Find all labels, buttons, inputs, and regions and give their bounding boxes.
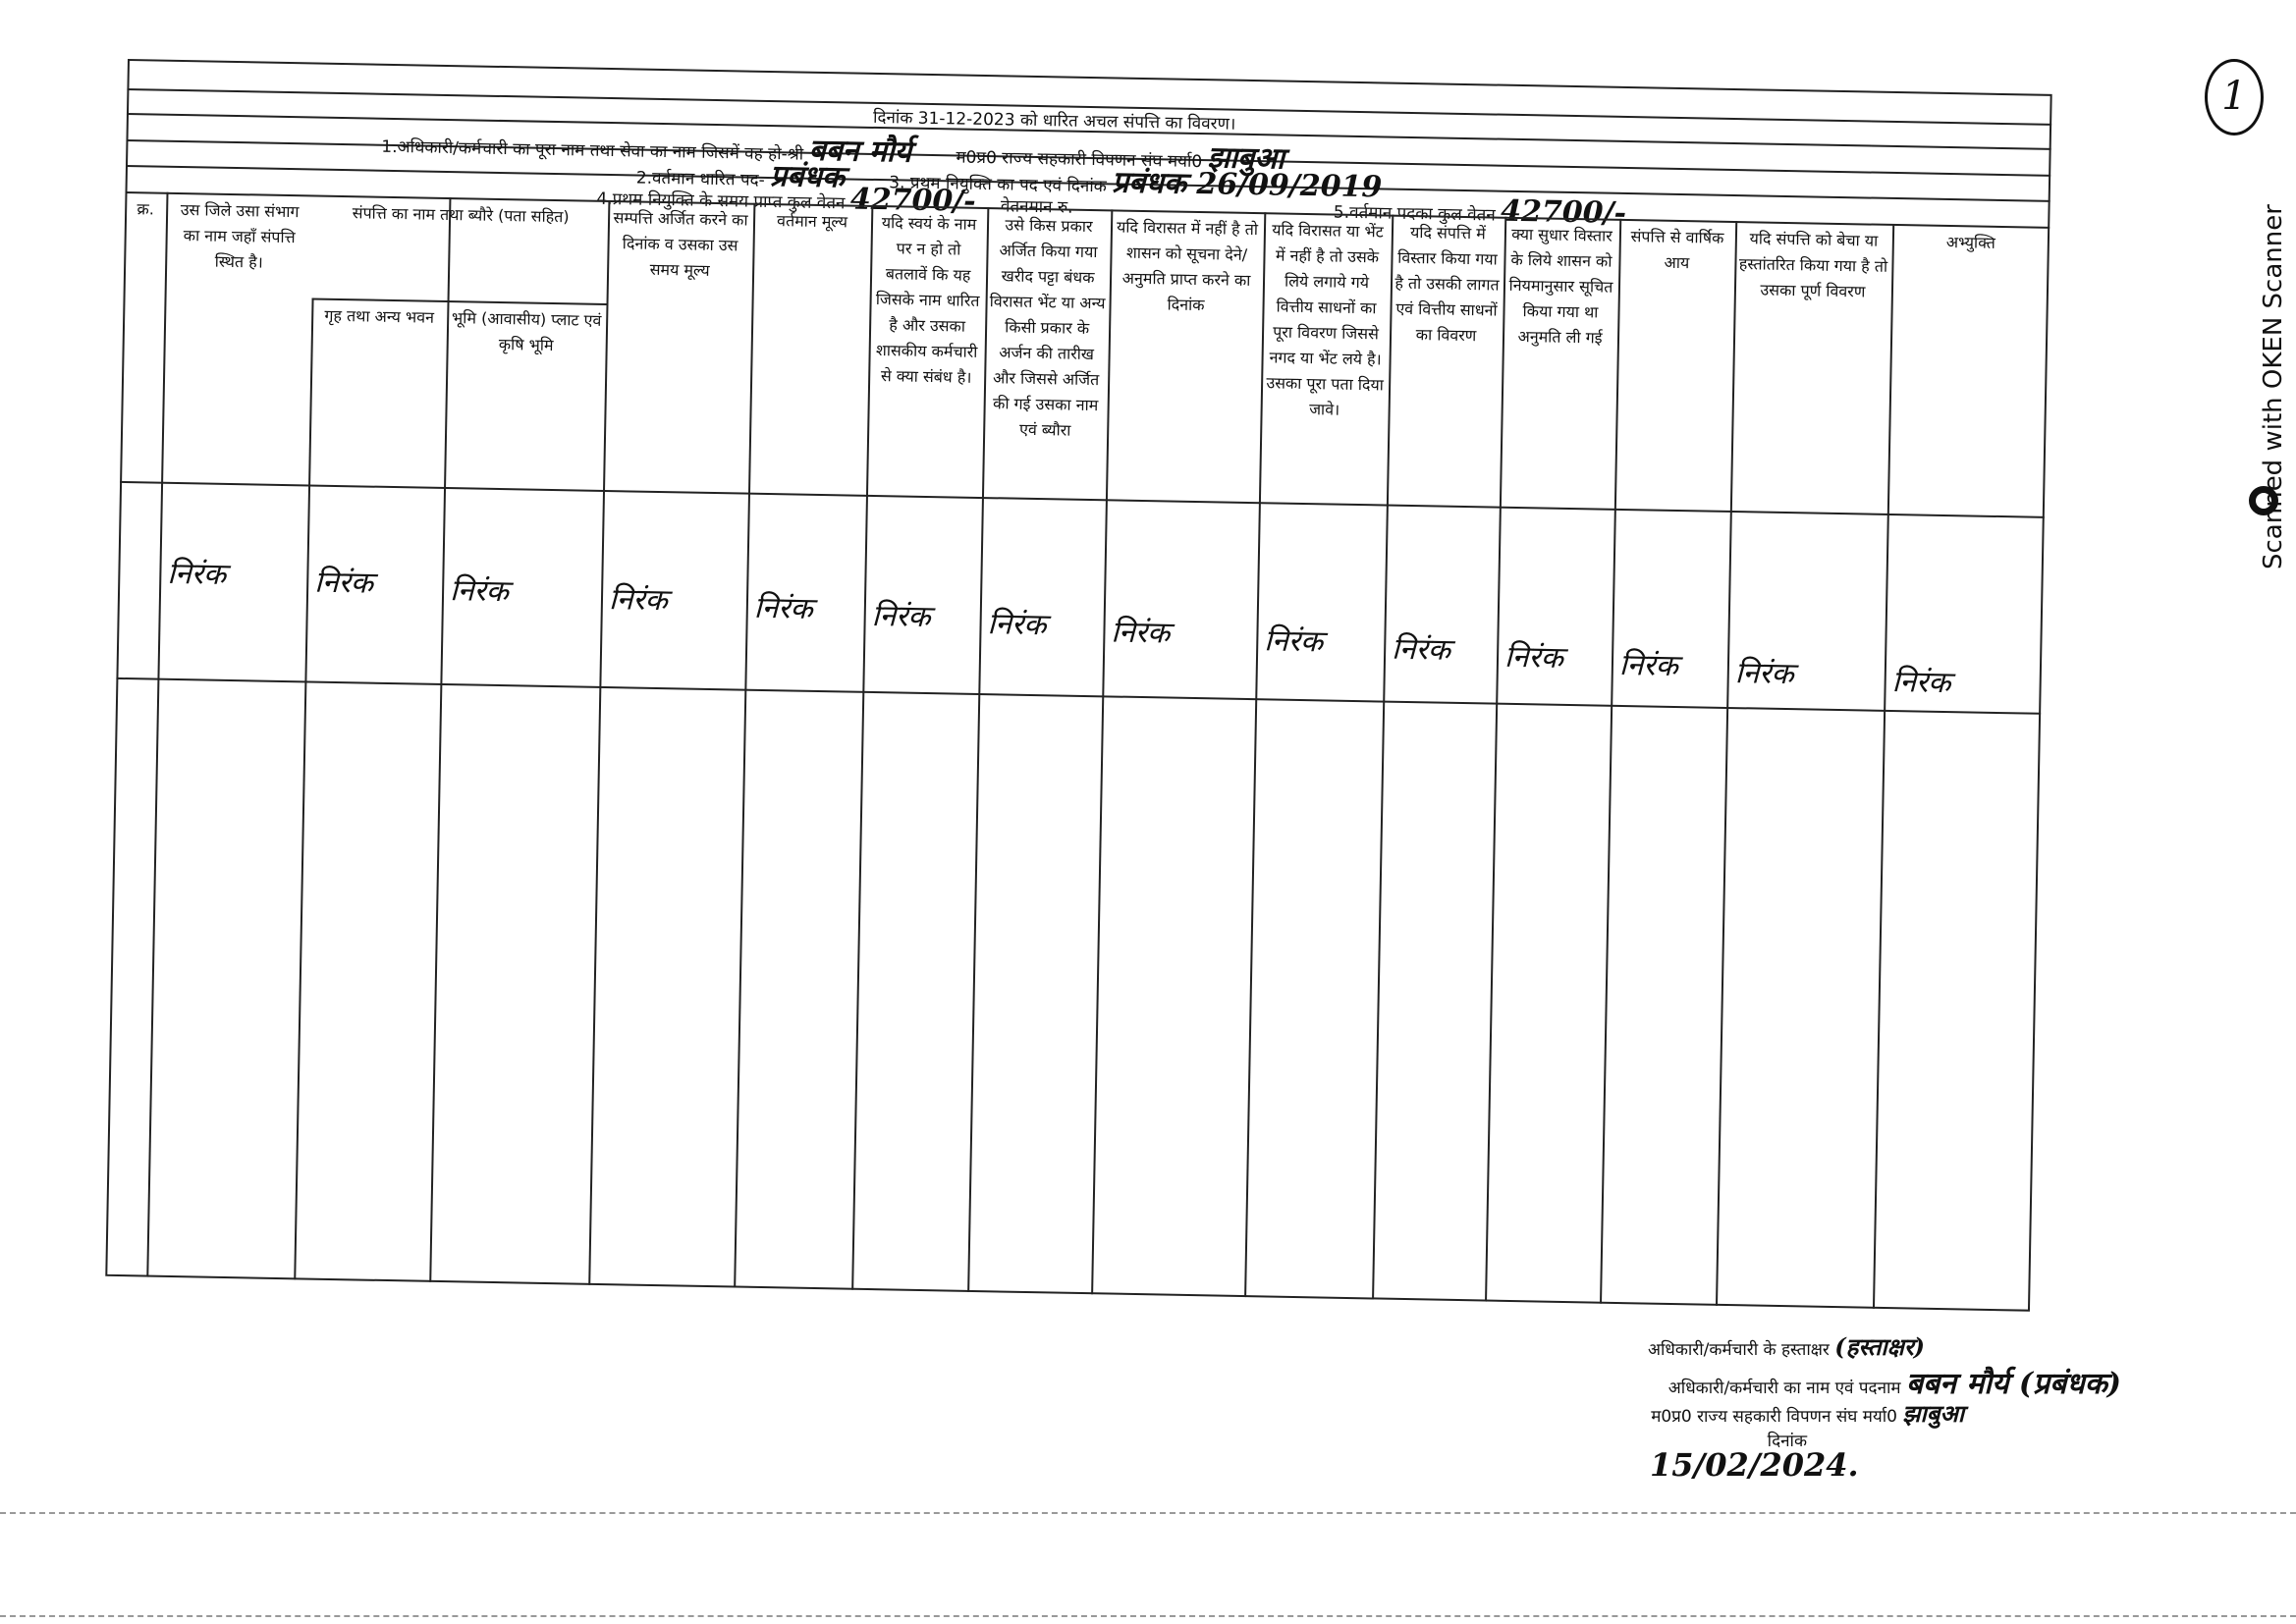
column-header-district: उस जिले उसा संभाग का नाम जहाँ संपत्ति स्… — [161, 195, 313, 483]
column-header-house: गृह तथा अन्य भवन — [308, 300, 447, 484]
name-designation-label: अधिकारी/कर्मचारी का नाम एवं पदनाम — [1668, 1379, 1901, 1398]
column-header-acquired_date: सम्पत्ति अर्जित करने का दिनांक व उसका उस… — [603, 203, 753, 491]
scanner-logo-icon — [2249, 486, 2278, 515]
signature-block: अधिकारी/कर्मचारी के हस्ताक्षर (हस्ताक्षर… — [1453, 1330, 1925, 1497]
entry-acquired_date: निरंक — [609, 577, 668, 619]
entry-owner_relation: निरंक — [871, 594, 930, 635]
scanned-page: 1 Scanned with OKEN Scanner दिनांक 31-12… — [0, 0, 2296, 1624]
entry-district: निरंक — [167, 552, 226, 593]
column-header-expansion_cost: यदि संपत्ति में विस्तार किया गया है तो उ… — [1387, 218, 1504, 505]
entry-land: निरंक — [450, 568, 509, 610]
column-header-sno: क्र. — [120, 194, 166, 480]
column-header-land: भूमि (आवासीय) प्लाट एवं कृषि भूमि — [444, 303, 606, 488]
column-header-expansion_permission: क्या सुधार विस्तार के लिये शासन को नियमा… — [1500, 220, 1619, 507]
column-header-finance_source: यदि विरासत या भेंट में नहीं है तो उसके ल… — [1259, 215, 1392, 502]
entry-sale_details: निरंक — [1734, 651, 1793, 692]
column-header-owner_relation: यदि स्वयं के नाम पर न हो तो बतलावें कि य… — [866, 208, 987, 495]
entry-govt_permission: निरंक — [1111, 610, 1170, 651]
footer-org-label: म0प्र0 राज्य सहकारी विपणन संघ मर्या0 — [1651, 1407, 1897, 1427]
name-designation-row: अधिकारी/कर्मचारी का नाम एवं पदनाम बबन मौ… — [1668, 1362, 2121, 1402]
column-header-sale_details: यदि संपत्ति को बेचा या हस्तांतरित किया ग… — [1730, 224, 1892, 512]
column-header-current_value: वर्तमान मूल्य — [748, 206, 871, 493]
scan-artifact-line — [0, 1512, 2296, 1514]
asset-declaration-form: दिनांक 31-12-2023 को धारित अचल संपत्ति क… — [105, 59, 2051, 1312]
entry-expansion_cost: निरंक — [1392, 627, 1450, 669]
signature-row: अधिकारी/कर्मचारी के हस्ताक्षर (हस्ताक्षर… — [1648, 1330, 1925, 1363]
footer-org-value: झाबुआ — [1902, 1399, 1964, 1428]
footer-org-row: म0प्र0 राज्य सहकारी विपणन संघ मर्या0 झाब… — [1651, 1397, 1964, 1430]
entry-finance_source: निरंक — [1264, 619, 1323, 660]
entry-current_value: निरंक — [754, 586, 813, 627]
column-header-govt_permission: यदि विरासत में नहीं है तो शासन को सूचना … — [1106, 212, 1264, 500]
entry-acquisition_mode: निरंक — [987, 602, 1046, 643]
page-number-circle: 1 — [2205, 59, 2264, 135]
entry-expansion_permission: निरंक — [1504, 635, 1563, 677]
footer-date-value: 15/02/2024. — [1650, 1446, 1859, 1484]
scan-artifact-line — [0, 1615, 2296, 1617]
entry-annual_income: निरंक — [1619, 643, 1678, 684]
entry-remarks: निरंक — [1891, 660, 1950, 701]
name-designation-value: बबन मौर्य (प्रबंधक) — [1906, 1367, 2121, 1401]
column-header-acquisition_mode: उसे किस प्रकार अर्जित किया गया खरीद पट्ट… — [982, 210, 1111, 497]
column-header-remarks: अभ्युक्ति — [1887, 227, 2050, 514]
column-header-property_name: संपत्ति का नाम तथा ब्यौरे (पता सहित) — [312, 197, 609, 300]
signature-label: अधिकारी/कर्मचारी के हस्ताक्षर — [1648, 1340, 1830, 1360]
column-header-annual_income: संपत्ति से वार्षिक आय — [1614, 222, 1735, 509]
signature-value: (हस्ताक्षर) — [1834, 1332, 1925, 1361]
entry-house: निरंक — [314, 561, 373, 602]
